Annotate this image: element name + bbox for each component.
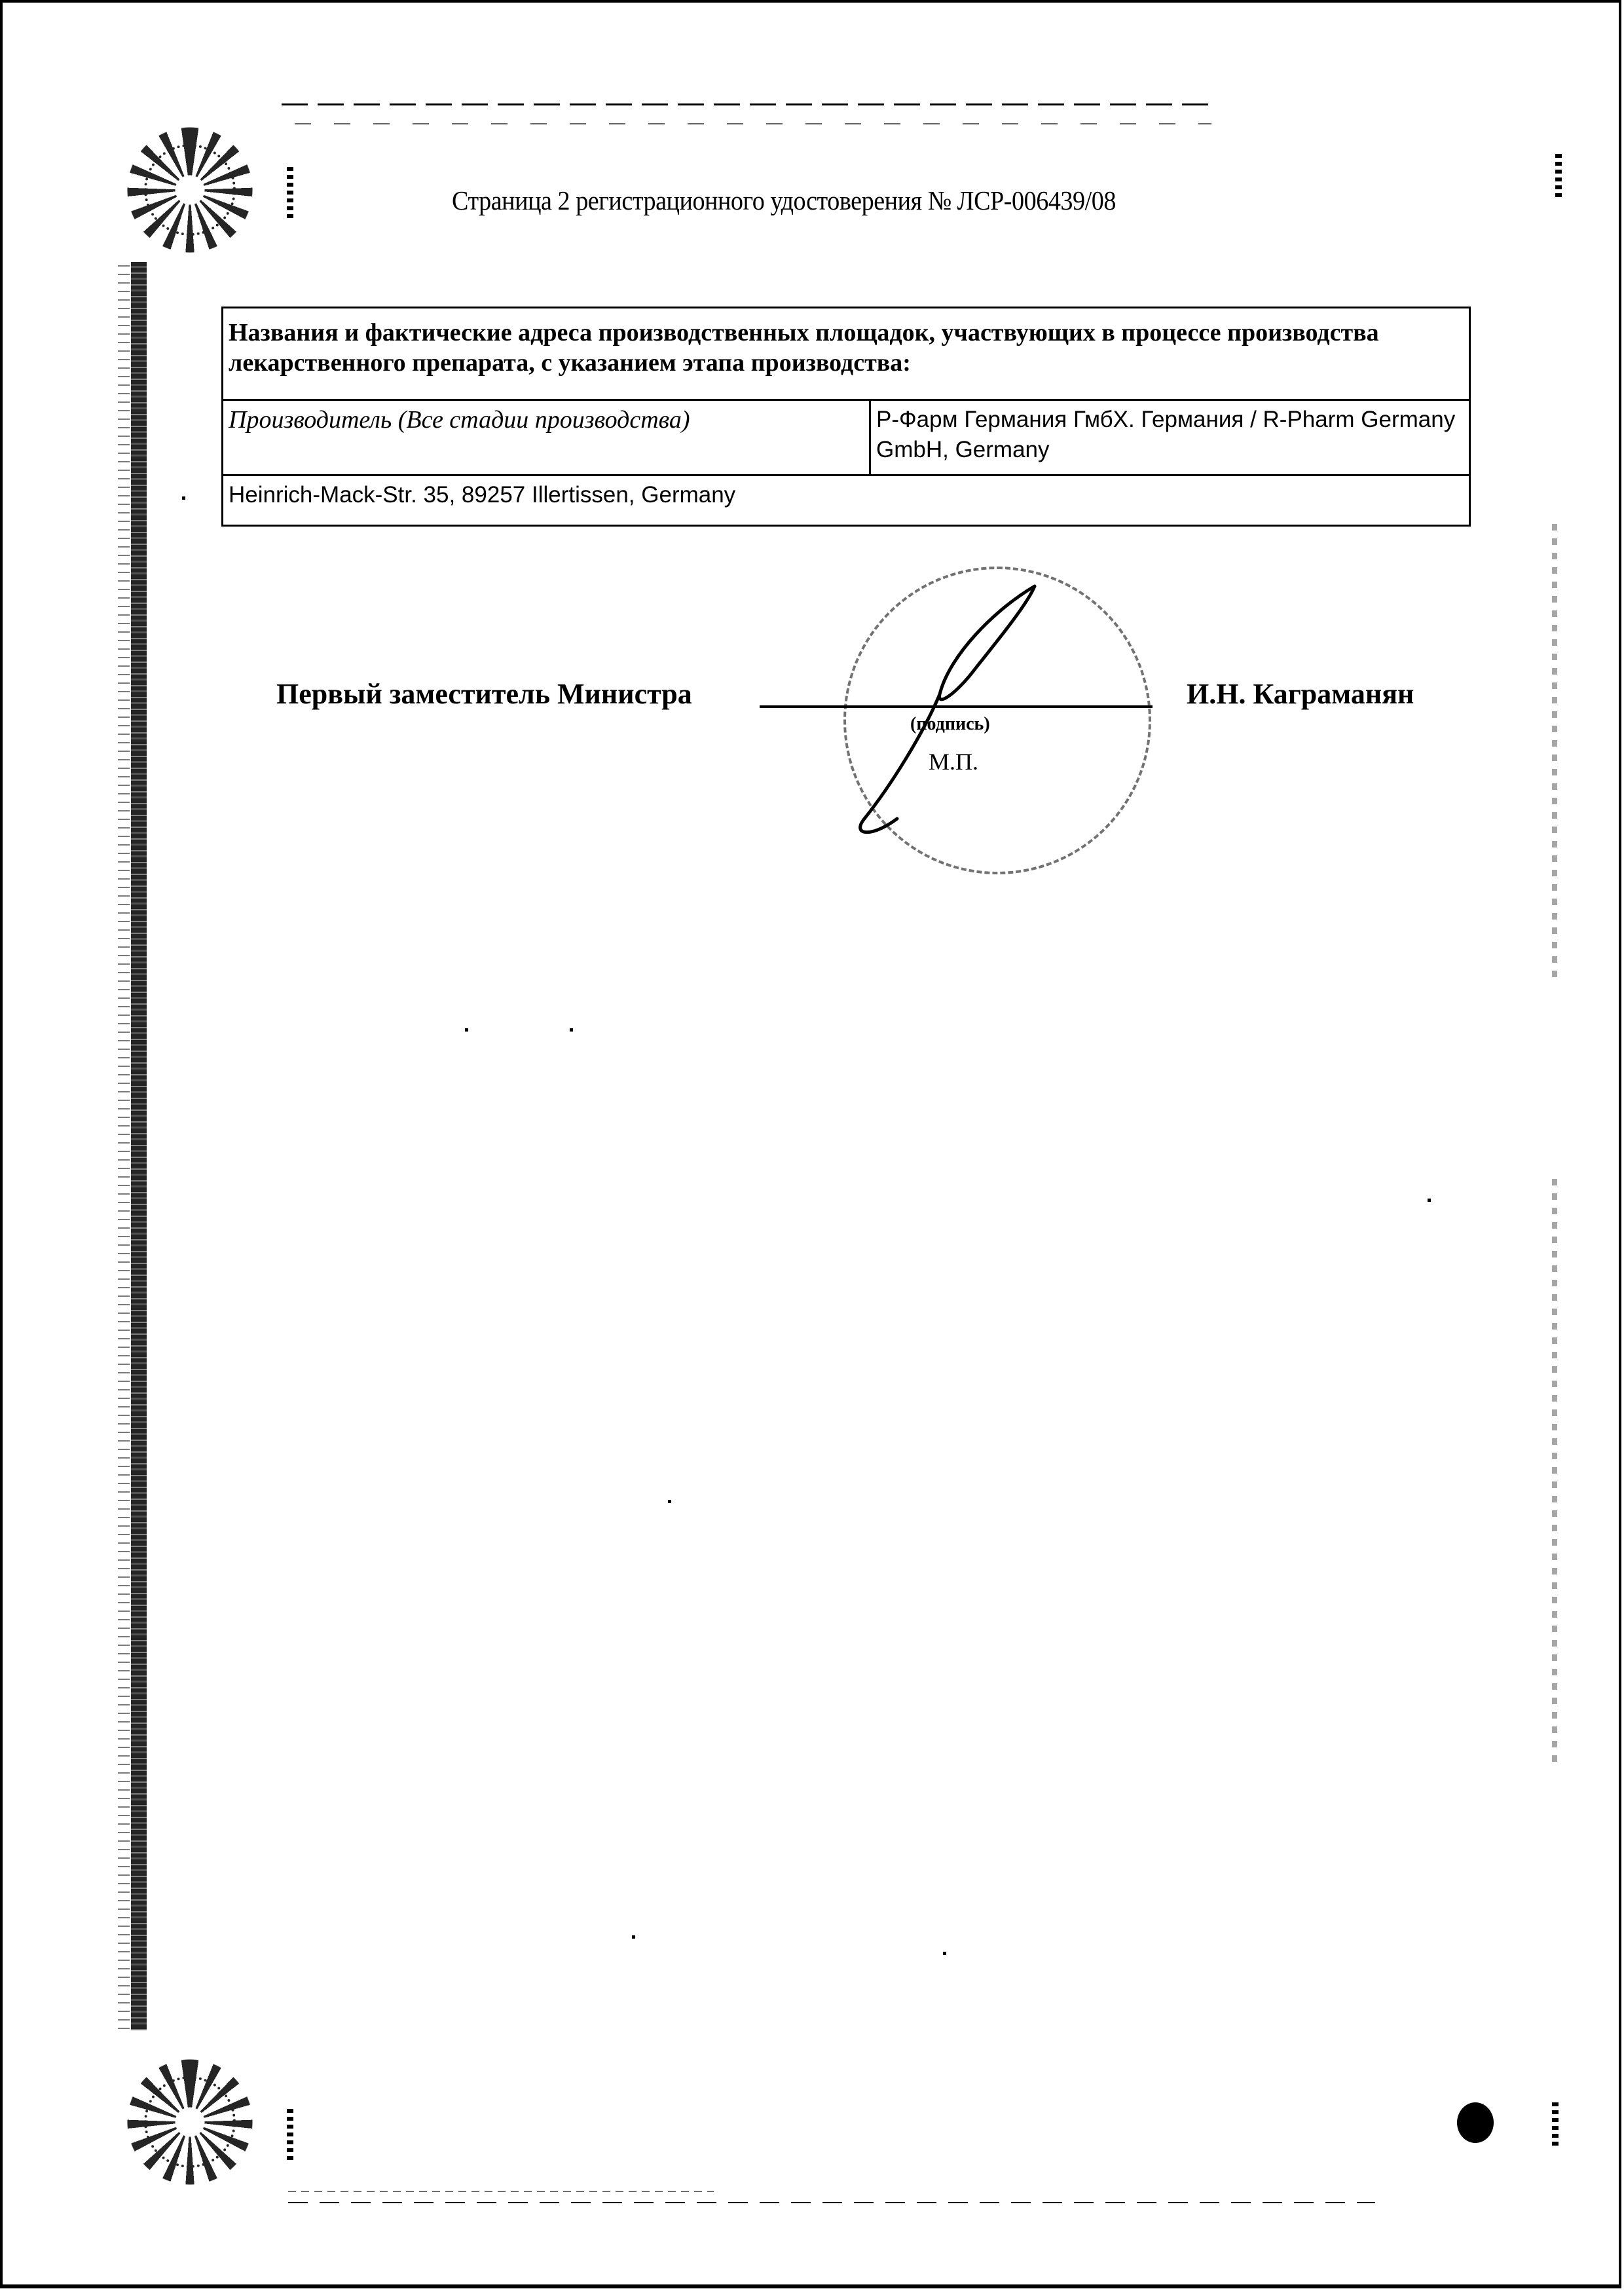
ornamental-bottom-rule (288, 2202, 1375, 2203)
producer-address-cell: Heinrich-Mack-Str. 35, 89257 Illertissen… (223, 475, 1470, 526)
right-border-marks (1552, 524, 1557, 982)
producer-role-cell: Производитель (Все стадии производства) (223, 400, 870, 475)
scan-speck (465, 1028, 468, 1032)
ornament-bracket-icon (287, 2109, 293, 2161)
rosette-ornament-icon (124, 2057, 255, 2188)
scan-speck (570, 1028, 573, 1032)
scan-speck (943, 1952, 946, 1955)
right-border-marks (1552, 1179, 1557, 1768)
signatory-name: И.Н. Каграманян (1187, 677, 1414, 711)
signature-line (760, 705, 1153, 708)
ornament-bracket-icon (1552, 2102, 1559, 2148)
corner-dot-ornament-icon (1457, 2102, 1494, 2143)
producer-name-cell: Р-Фарм Германия ГмбХ. Германия / R-Pharm… (870, 400, 1470, 475)
ornamental-bottom-rule-secondary (288, 2191, 714, 2192)
table-row: Heinrich-Mack-Str. 35, 89257 Illertissen… (223, 475, 1470, 526)
rosette-ornament-icon (124, 124, 255, 255)
table-row: Производитель (Все стадии производства) … (223, 400, 1470, 475)
ornamental-left-border (118, 262, 130, 2030)
page-header: Страница 2 регистрационного удостоверени… (452, 185, 1116, 216)
ornamental-top-rule-secondary (295, 123, 1211, 124)
scan-speck (182, 496, 185, 500)
signature-caption: (подпись) (910, 714, 990, 735)
scan-speck (632, 1935, 635, 1939)
table-row: Названия и фактические адреса производст… (223, 308, 1470, 400)
signatory-position-title: Первый заместитель Министра (276, 677, 692, 711)
ornamental-top-rule (282, 103, 1211, 105)
ornament-bracket-icon (287, 167, 293, 219)
scan-speck (668, 1500, 671, 1503)
table-heading: Названия и фактические адреса производст… (223, 308, 1470, 400)
ornamental-left-border-band (131, 262, 147, 2030)
production-sites-table: Названия и фактические адреса производст… (221, 307, 1471, 527)
ornament-bracket-icon (1555, 154, 1562, 200)
scan-speck (1428, 1199, 1431, 1202)
stamp-placeholder-label: М.П. (929, 748, 978, 775)
